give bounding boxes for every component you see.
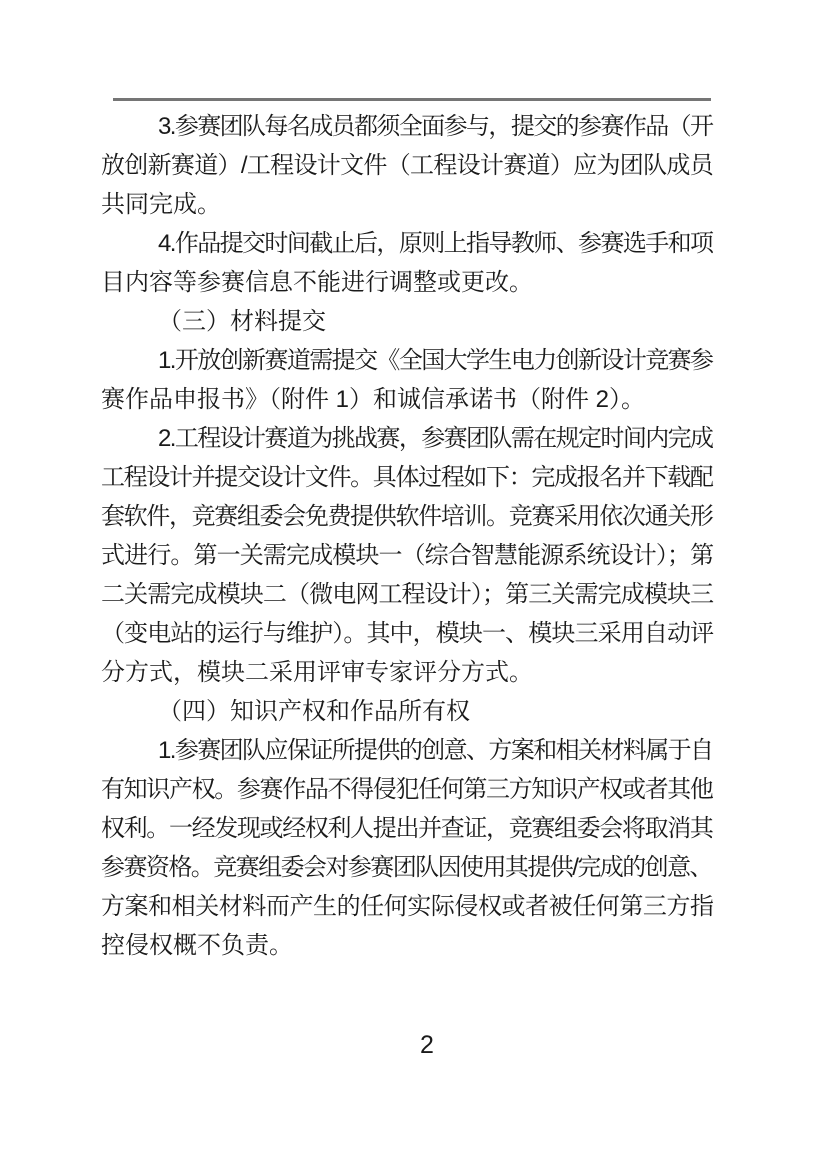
text-line: 放创新赛道）/工程设计文件（工程设计赛道）应为团队成员 [101, 146, 714, 185]
document-page: 3.参赛团队每名成员都须全面参与，提交的参赛作品（开放创新赛道）/工程设计文件（… [0, 0, 827, 1170]
text-line: （变电站的运行与维护）。其中，模块一、模块三采用自动评 [101, 614, 714, 653]
text-line: 参赛资格。竞赛组委会对参赛团队因使用其提供/完成的创意、 [101, 848, 714, 887]
text-line: 有知识产权。参赛作品不得侵犯任何第三方知识产权或者其他 [101, 770, 714, 809]
text-line: 式进行。第一关需完成模块一（综合智慧能源系统设计）；第 [101, 536, 714, 575]
text-line: 1.参赛团队应保证所提供的创意、方案和相关材料属于自 [101, 731, 714, 770]
section-heading-line: （三）材料提交 [101, 302, 714, 341]
text-line: 3.参赛团队每名成员都须全面参与，提交的参赛作品（开 [101, 107, 714, 146]
header-rule [113, 98, 711, 101]
text-line: 工程设计并提交设计文件。具体过程如下：完成报名并下载配 [101, 458, 714, 497]
section-heading-line: （四）知识产权和作品所有权 [101, 692, 714, 731]
document-body: 3.参赛团队每名成员都须全面参与，提交的参赛作品（开放创新赛道）/工程设计文件（… [101, 107, 714, 965]
text-line: 控侵权概不负责。 [101, 926, 714, 965]
text-line: 目内容等参赛信息不能进行调整或更改。 [101, 263, 714, 302]
text-line: 方案和相关材料而产生的任何实际侵权或者被任何第三方指 [101, 887, 714, 926]
text-line: 2.工程设计赛道为挑战赛，参赛团队需在规定时间内完成 [101, 419, 714, 458]
text-line: 赛作品申报书》（附件 1）和诚信承诺书（附件 2）。 [101, 380, 714, 419]
text-line: 分方式，模块二采用评审专家评分方式。 [101, 653, 714, 692]
text-line: 4.作品提交时间截止后，原则上指导教师、参赛选手和项 [101, 224, 714, 263]
text-line: 套软件，竞赛组委会免费提供软件培训。竞赛采用依次通关形 [101, 497, 714, 536]
page-number: 2 [420, 1030, 434, 1060]
text-line: 权利。一经发现或经权利人提出并查证，竞赛组委会将取消其 [101, 809, 714, 848]
text-line: 1.开放创新赛道需提交《全国大学生电力创新设计竞赛参 [101, 341, 714, 380]
text-line: 共同完成。 [101, 185, 714, 224]
text-line: 二关需完成模块二（微电网工程设计）；第三关需完成模块三 [101, 575, 714, 614]
